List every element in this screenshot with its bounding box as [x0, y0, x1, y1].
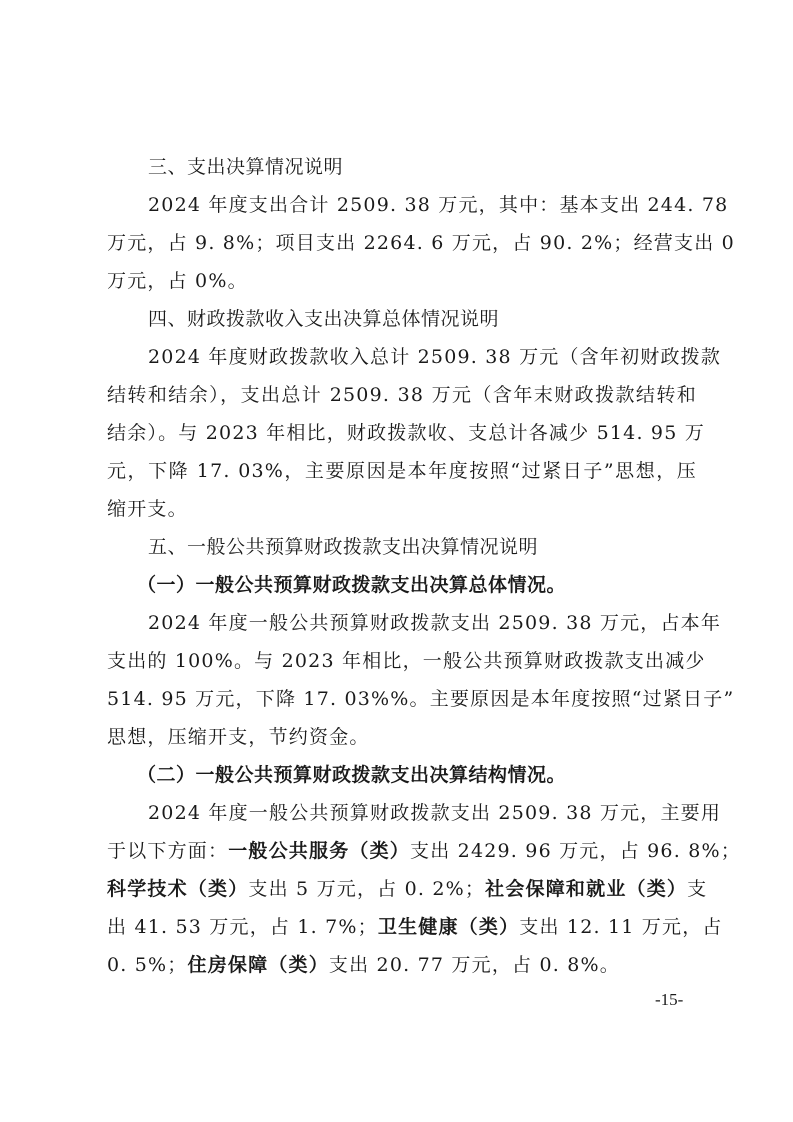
paragraph-line: 思想，压缩开支，节约资金。 — [107, 718, 697, 756]
paragraph-line: 2024 年度一般公共预算财政拨款支出 2509. 38 万元，占本年 — [107, 604, 697, 642]
line-text: 支出 5 万元，占 0. 2%； — [248, 878, 485, 900]
paragraph-line: 支出的 100%。与 2023 年相比，一般公共预算财政拨款支出减少 — [107, 642, 697, 680]
category-health: 卫生健康（类） — [378, 916, 519, 938]
paragraph-line: 2024 年度支出合计 2509. 38 万元，其中：基本支出 244. 78 — [107, 186, 697, 224]
paragraph-line: 万元，占 0%。 — [107, 262, 697, 300]
category-general-public-services: 一般公共服务（类） — [228, 840, 410, 862]
line-text: 出 41. 53 万元，占 1. 7%； — [107, 916, 378, 938]
line-text: 支出 20. 77 万元，占 0. 8%。 — [329, 954, 620, 976]
paragraph-line: 2024 年度财政拨款收入总计 2509. 38 万元（含年初财政拨款 — [107, 338, 697, 376]
paragraph-line: 514. 95 万元，下降 17. 03%%。主要原因是本年度按照“过紧日子” — [107, 680, 697, 718]
page-number: -15- — [655, 990, 683, 1010]
line-text: 支出 2429. 96 万元，占 96. 8%； — [410, 840, 741, 862]
subsection-heading-structure: （二）一般公共预算财政拨款支出决算结构情况。 — [107, 756, 697, 794]
category-social-security: 社会保障和就业（类） — [485, 878, 687, 900]
category-housing: 住房保障（类） — [188, 954, 329, 976]
category-science-technology: 科学技术（类） — [107, 878, 248, 900]
paragraph-line: 缩开支。 — [107, 490, 697, 528]
line-text: 支 — [687, 878, 707, 900]
paragraph-line: 2024 年度一般公共预算财政拨款支出 2509. 38 万元，主要用 — [107, 794, 697, 832]
paragraph-line: 万元，占 9. 8%；项目支出 2264. 6 万元，占 90. 2%；经营支出… — [107, 224, 697, 262]
paragraph-line: 结余）。与 2023 年相比，财政拨款收、支总计各减少 514. 95 万 — [107, 414, 697, 452]
subsection-heading-overall: （一）一般公共预算财政拨款支出决算总体情况。 — [107, 566, 697, 604]
paragraph-line: 0. 5%；住房保障（类）支出 20. 77 万元，占 0. 8%。 — [107, 946, 697, 984]
section-heading-fiscal-overview: 四、财政拨款收入支出决算总体情况说明 — [107, 300, 697, 338]
document-page: 三、支出决算情况说明 2024 年度支出合计 2509. 38 万元，其中：基本… — [107, 148, 697, 984]
paragraph-line: 结转和结余），支出总计 2509. 38 万元（含年末财政拨款结转和 — [107, 376, 697, 414]
section-heading-general-budget: 五、一般公共预算财政拨款支出决算情况说明 — [107, 528, 697, 566]
line-text: 支出 12. 11 万元，占 — [519, 916, 722, 938]
line-text: 0. 5%； — [107, 954, 188, 976]
paragraph-line: 于以下方面：一般公共服务（类）支出 2429. 96 万元，占 96. 8%； — [107, 832, 697, 870]
line-text: 于以下方面： — [107, 840, 228, 862]
paragraph-line: 元，下降 17. 03%，主要原因是本年度按照“过紧日子”思想，压 — [107, 452, 697, 490]
paragraph-line: 出 41. 53 万元，占 1. 7%；卫生健康（类）支出 12. 11 万元，… — [107, 908, 697, 946]
paragraph-line: 科学技术（类）支出 5 万元，占 0. 2%；社会保障和就业（类）支 — [107, 870, 697, 908]
section-heading-expenditure: 三、支出决算情况说明 — [107, 148, 697, 186]
